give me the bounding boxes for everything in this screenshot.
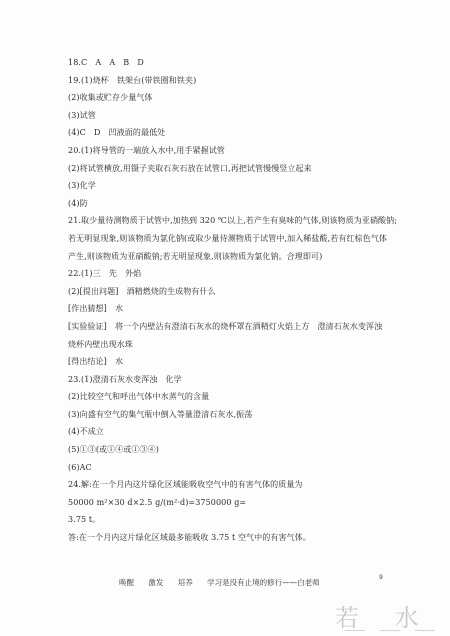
answer-line-24-formula: 50000 m²×30 d×2.5 g/(m²·d)=3750000 g= (68, 498, 388, 508)
answer-line-20-4: (4)防 (68, 199, 388, 209)
answer-line-23-4: (4)不成立 (68, 427, 388, 437)
watermark-logo: 若 水 网 (335, 598, 450, 633)
answer-line-23-3: (3)向盛有空气的集气瓶中倒入等量澄清石灰水,振荡 (68, 410, 388, 420)
answer-line-23-6: (6)AC (68, 463, 388, 473)
answer-line-19-2: (2)收集或贮存少量气体 (68, 93, 388, 103)
page-footer: 唤醒 激发 培养 学习是没有止境的修行——白老师 (119, 577, 320, 588)
page-number: 9 (379, 574, 383, 581)
footer-word-cultivate: 培养 (178, 578, 193, 587)
answer-line-20-1: 20.(1)将导管的一端放入水中,用手紧握试管 (68, 146, 388, 156)
answer-line-23-2: (2)比较空气和呼出气体中水蒸气的含量 (68, 392, 388, 402)
answer-line-20-3: (3)化学 (68, 181, 388, 191)
answer-line-20-2: (2)将试管横放,用镊子夹取石灰石放在试管口,再把试管慢慢竖立起来 (68, 164, 388, 174)
answer-line-19-3: (3)试管 (68, 111, 388, 121)
answer-line-22-experiment: [实验验证] 将一个内壁沾有澄清石灰水的烧杯罩在酒精灯火焰上方 澄清石灰水变浑浊 (68, 322, 388, 332)
answer-line-22-1: 22.(1)三 先 外焰 (68, 269, 388, 279)
answer-line-23-1: 23.(1)澄清石灰水变浑浊 化学 (68, 375, 388, 385)
watermark-underline (345, 630, 435, 632)
answer-line-22-observation: 烧杯内壁出现水珠 (68, 340, 388, 350)
footer-word-awaken: 唤醒 (119, 578, 134, 587)
answer-line-19-1: 19.(1)烧杯 铁架台(带铁圈和铁夹) (68, 76, 388, 86)
answer-line-24-answer: 答:在一个月内这片绿化区域最多能吸收 3.75 t 空气中的有害气体。 (68, 533, 388, 543)
answer-line-23-5: (5)①③(或①④或①③④) (68, 445, 388, 455)
footer-word-inspire: 激发 (148, 578, 163, 587)
answer-line-21-b: 若无明显现象,则该物质为氯化钠(或取少量待测物质于试管中,加入稀盐酸,若有红棕色… (68, 234, 388, 244)
answer-line-24-intro: 24.解:在一个月内这片绿化区域能吸收空气中的有害气体的质量为 (68, 480, 388, 490)
answer-line-22-conclusion: [得出结论] 水 (68, 357, 388, 367)
document-page: 18.C A A B D 19.(1)烧杯 铁架台(带铁圈和铁夹) (2)收集或… (0, 0, 450, 636)
answer-content: 18.C A A B D 19.(1)烧杯 铁架台(带铁圈和铁夹) (2)收集或… (68, 58, 388, 551)
answer-line-21-a: 21.取少量待测物质于试管中,加热到 320 ℃以上,若产生有臭味的气体,则该物… (68, 216, 388, 226)
answer-line-19-4: (4)C D 凹液面的最低处 (68, 128, 388, 138)
answer-line-22-2-question: (2)[提出问题] 酒精燃烧的生成物有什么 (68, 287, 388, 297)
answer-line-22-hypothesis: [作出猜想] 水 (68, 304, 388, 314)
answer-line-24-result: 3.75 t。 (68, 515, 388, 525)
answer-line-21-c: 产生,则该物质为亚硝酸钠;若无明显现象,则该物质为氯化钠。合理即可) (68, 252, 388, 262)
answer-line-18: 18.C A A B D (68, 58, 388, 68)
footer-motto: 学习是没有止境的修行——白老师 (207, 578, 320, 587)
